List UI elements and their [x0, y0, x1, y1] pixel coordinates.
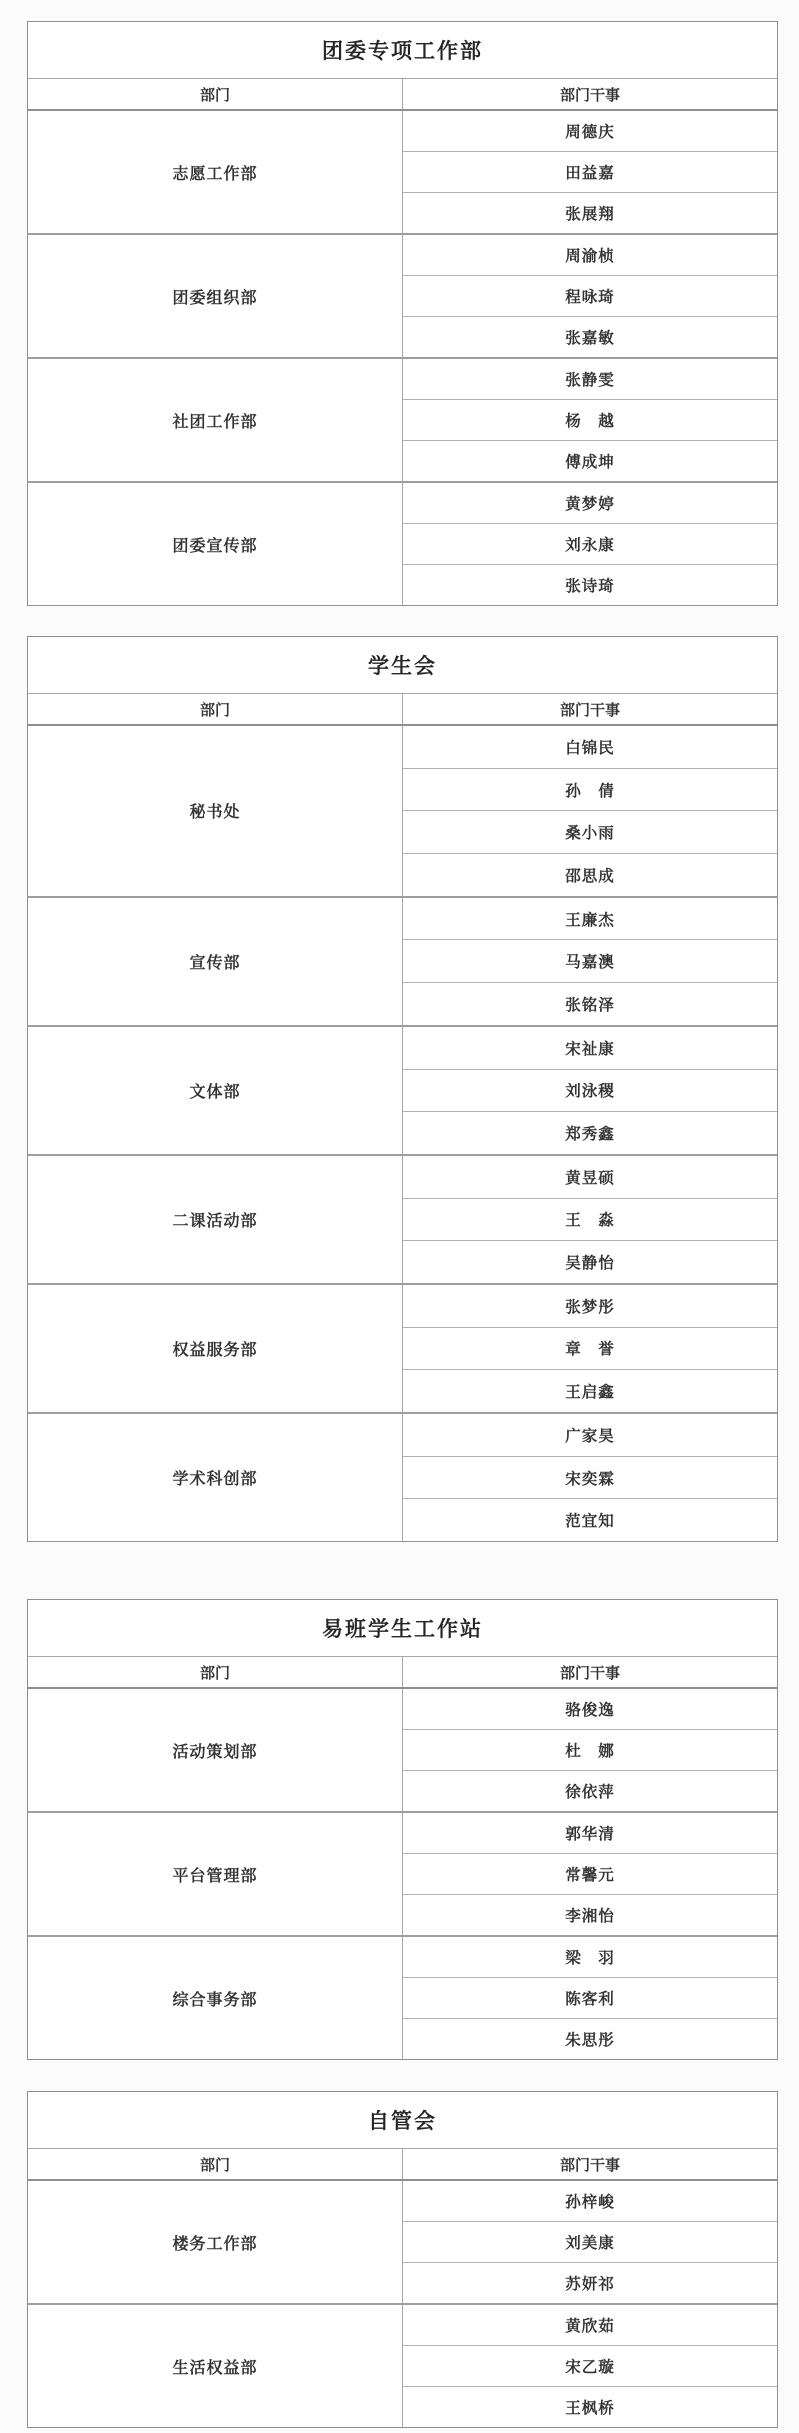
officers-column: 周渝桢程咏琦张嘉敏: [403, 235, 777, 357]
officers-column: 黄欣茹宋乙璇王枫桥: [403, 2305, 777, 2427]
table-header-row: 部门部门干事: [28, 694, 777, 726]
officer-cell: 田益嘉: [403, 151, 777, 192]
department-cell: 平台管理部: [28, 1813, 403, 1935]
officer-cell: 杜 娜: [403, 1729, 777, 1770]
column-header-officers: 部门干事: [403, 694, 777, 724]
officer-cell: 广家昊: [403, 1414, 777, 1456]
table-header-row: 部门部门干事: [28, 79, 777, 111]
officer-cell: 邵思成: [403, 853, 777, 896]
officer-cell: 王 淼: [403, 1198, 777, 1241]
officer-cell: 宋乙璇: [403, 2345, 777, 2386]
table-title: 学生会: [28, 637, 777, 694]
department-group-row: 文体部宋祉康刘泳稷郑秀鑫: [28, 1025, 777, 1154]
column-header-department: 部门: [28, 2149, 403, 2179]
officer-cell: 刘泳稷: [403, 1069, 777, 1112]
officers-column: 宋祉康刘泳稷郑秀鑫: [403, 1027, 777, 1154]
department-cell: 志愿工作部: [28, 111, 403, 233]
officer-cell: 郑秀鑫: [403, 1111, 777, 1154]
officer-cell: 朱思彤: [403, 2018, 777, 2059]
department-group-row: 志愿工作部周德庆田益嘉张展翔: [28, 111, 777, 233]
department-group-row: 团委组织部周渝桢程咏琦张嘉敏: [28, 233, 777, 357]
officer-cell: 王廉杰: [403, 898, 777, 940]
department-group-row: 楼务工作部孙梓峻刘美康苏妍祁: [28, 2181, 777, 2303]
table-header-row: 部门部门干事: [28, 1657, 777, 1689]
org-table: 团委专项工作部部门部门干事志愿工作部周德庆田益嘉张展翔团委组织部周渝桢程咏琦张嘉…: [27, 21, 778, 606]
department-group-row: 综合事务部梁 羽陈客利朱思彤: [28, 1935, 777, 2059]
officer-cell: 张铭泽: [403, 982, 777, 1025]
department-group-row: 权益服务部张梦彤章 誉王启鑫: [28, 1283, 777, 1412]
department-cell: 团委宣传部: [28, 483, 403, 605]
column-header-officers: 部门干事: [403, 2149, 777, 2179]
officer-cell: 吴静怡: [403, 1240, 777, 1283]
column-header-officers: 部门干事: [403, 1657, 777, 1687]
department-group-row: 宣传部王廉杰马嘉澳张铭泽: [28, 896, 777, 1025]
table-header-row: 部门部门干事: [28, 2149, 777, 2181]
department-group-row: 团委宣传部黄梦婷刘永康张诗琦: [28, 481, 777, 605]
department-cell: 秘书处: [28, 726, 403, 896]
department-group-row: 秘书处白锦民孙 倩桑小雨邵思成: [28, 726, 777, 896]
officer-cell: 宋奕霖: [403, 1456, 777, 1499]
org-table: 学生会部门部门干事秘书处白锦民孙 倩桑小雨邵思成宣传部王廉杰马嘉澳张铭泽文体部宋…: [27, 636, 778, 1542]
officer-cell: 刘永康: [403, 523, 777, 564]
tables-container: 团委专项工作部部门部门干事志愿工作部周德庆田益嘉张展翔团委组织部周渝桢程咏琦张嘉…: [27, 21, 778, 2428]
officer-cell: 苏妍祁: [403, 2262, 777, 2303]
table-title: 团委专项工作部: [28, 22, 777, 79]
department-cell: 文体部: [28, 1027, 403, 1154]
table-title: 易班学生工作站: [28, 1600, 777, 1657]
officer-cell: 范宜知: [403, 1498, 777, 1541]
officer-cell: 黄欣茹: [403, 2305, 777, 2345]
officer-cell: 程咏琦: [403, 275, 777, 316]
department-cell: 活动策划部: [28, 1689, 403, 1811]
department-group-row: 平台管理部郭华清常馨元李湘怡: [28, 1811, 777, 1935]
department-cell: 综合事务部: [28, 1937, 403, 2059]
page: 团委专项工作部部门部门干事志愿工作部周德庆田益嘉张展翔团委组织部周渝桢程咏琦张嘉…: [0, 0, 799, 2433]
department-group-row: 社团工作部张静雯杨 越傅成坤: [28, 357, 777, 481]
department-cell: 学术科创部: [28, 1414, 403, 1541]
officers-column: 黄梦婷刘永康张诗琦: [403, 483, 777, 605]
officers-column: 周德庆田益嘉张展翔: [403, 111, 777, 233]
officers-column: 王廉杰马嘉澳张铭泽: [403, 898, 777, 1025]
officer-cell: 周渝桢: [403, 235, 777, 275]
officer-cell: 孙梓峻: [403, 2181, 777, 2221]
department-cell: 团委组织部: [28, 235, 403, 357]
officers-column: 骆俊逸杜 娜徐依萍: [403, 1689, 777, 1811]
officer-cell: 马嘉澳: [403, 939, 777, 982]
officer-cell: 孙 倩: [403, 768, 777, 811]
officers-column: 黄昱硕王 淼吴静怡: [403, 1156, 777, 1283]
officers-column: 张静雯杨 越傅成坤: [403, 359, 777, 481]
department-group-row: 二课活动部黄昱硕王 淼吴静怡: [28, 1154, 777, 1283]
officer-cell: 张静雯: [403, 359, 777, 399]
officers-column: 梁 羽陈客利朱思彤: [403, 1937, 777, 2059]
department-cell: 楼务工作部: [28, 2181, 403, 2303]
officer-cell: 张梦彤: [403, 1285, 777, 1327]
officer-cell: 傅成坤: [403, 440, 777, 481]
column-header-department: 部门: [28, 694, 403, 724]
officer-cell: 王启鑫: [403, 1369, 777, 1412]
officers-column: 张梦彤章 誉王启鑫: [403, 1285, 777, 1412]
officer-cell: 陈客利: [403, 1977, 777, 2018]
officers-column: 广家昊宋奕霖范宜知: [403, 1414, 777, 1541]
officer-cell: 白锦民: [403, 726, 777, 768]
department-cell: 宣传部: [28, 898, 403, 1025]
column-header-department: 部门: [28, 1657, 403, 1687]
officer-cell: 骆俊逸: [403, 1689, 777, 1729]
department-group-row: 活动策划部骆俊逸杜 娜徐依萍: [28, 1689, 777, 1811]
officer-cell: 张展翔: [403, 192, 777, 233]
org-table: 自管会部门部门干事楼务工作部孙梓峻刘美康苏妍祁生活权益部黄欣茹宋乙璇王枫桥: [27, 2091, 778, 2428]
department-cell: 二课活动部: [28, 1156, 403, 1283]
officer-cell: 张诗琦: [403, 564, 777, 605]
officers-column: 孙梓峻刘美康苏妍祁: [403, 2181, 777, 2303]
column-header-department: 部门: [28, 79, 403, 109]
officer-cell: 常馨元: [403, 1853, 777, 1894]
column-header-officers: 部门干事: [403, 79, 777, 109]
officer-cell: 章 誉: [403, 1327, 777, 1370]
officer-cell: 黄梦婷: [403, 483, 777, 523]
officer-cell: 梁 羽: [403, 1937, 777, 1977]
officer-cell: 徐依萍: [403, 1770, 777, 1811]
officer-cell: 王枫桥: [403, 2386, 777, 2427]
department-group-row: 学术科创部广家昊宋奕霖范宜知: [28, 1412, 777, 1541]
officer-cell: 周德庆: [403, 111, 777, 151]
officer-cell: 宋祉康: [403, 1027, 777, 1069]
officer-cell: 刘美康: [403, 2221, 777, 2262]
department-cell: 社团工作部: [28, 359, 403, 481]
officers-column: 郭华清常馨元李湘怡: [403, 1813, 777, 1935]
officers-column: 白锦民孙 倩桑小雨邵思成: [403, 726, 777, 896]
org-table: 易班学生工作站部门部门干事活动策划部骆俊逸杜 娜徐依萍平台管理部郭华清常馨元李湘…: [27, 1599, 778, 2060]
officer-cell: 李湘怡: [403, 1894, 777, 1935]
department-cell: 生活权益部: [28, 2305, 403, 2427]
officer-cell: 杨 越: [403, 399, 777, 440]
table-title: 自管会: [28, 2092, 777, 2149]
officer-cell: 黄昱硕: [403, 1156, 777, 1198]
officer-cell: 张嘉敏: [403, 316, 777, 357]
department-group-row: 生活权益部黄欣茹宋乙璇王枫桥: [28, 2303, 777, 2427]
officer-cell: 桑小雨: [403, 810, 777, 853]
department-cell: 权益服务部: [28, 1285, 403, 1412]
officer-cell: 郭华清: [403, 1813, 777, 1853]
